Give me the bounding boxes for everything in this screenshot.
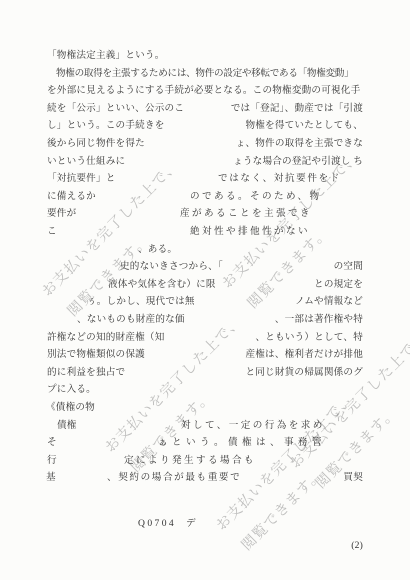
text-line: 史的ないきさつから、「の空間 [0,260,410,273]
text-segment: 後から同じ物件を得た [47,137,145,150]
text-segment: 「物権法定主義」という。 [47,49,165,62]
text-segment: ではなく、対抗要件をド [218,172,341,185]
text-line: 的に利益を独占でと同じ財貨の帰属関係のグ [0,366,410,379]
text-segment: そ [47,436,57,449]
text-line: 行定により発生する場合も [0,454,410,467]
text-segment: し」という。この手続きを [47,119,165,132]
text-segment: 的に利益を独占で [47,366,125,379]
text-segment: 対して、一定の行為を求め [181,419,325,432]
text-line: ぅ。しかし、現代では無ノムや情報など [0,295,410,308]
text-segment: との規定を [314,278,363,291]
text-segment: こ [47,225,57,238]
text-segment: デ [186,517,196,530]
text-segment: 別法で物権類似の保護 [47,348,145,361]
text-line: 別法で物権類似の保護産権は、権利者だけが排他 [0,348,410,361]
text-segment: (2) [351,539,363,552]
text-segment: の空間 [334,260,363,273]
text-segment: 、ともいう）として、特 [255,331,363,344]
text-segment: ぅ。しかし、現代では無 [87,295,195,308]
text-line: プに入る。 [0,383,410,396]
text-line: 液体や気体を含む）に限との規定を [0,278,410,291]
text-segment: 、ないものも財産的な価 [77,313,185,326]
text-line: 物権の取得を主張するためには、物件の設定や移転である「物権変動」 [0,67,410,80]
text-segment: 液体や気体を含む）に限 [108,278,216,291]
text-segment: 「対抗要件」と [47,172,116,185]
text-line: 、ある。 [0,243,410,256]
text-segment: 定により発生する場合も [124,454,256,467]
text-segment: と同じ財貨の帰属関係のグ [245,366,363,379]
text-line: 続を「公示」といい、公示のこでは「登記」、動産では「引渡 [0,102,410,115]
text-line: 債権対して、一定の行為を求め [0,419,410,432]
text-line: 「物権法定主義」という。 [0,49,410,62]
text-segment: 続を「公示」といい、公示のこ [47,102,184,115]
text-segment: ぁという。債権は、事務管 [158,436,326,449]
text-line: そぁという。債権は、事務管 [0,436,410,449]
text-segment: 許権などの知的財産権（知 [47,331,165,344]
text-segment: に備えるか [47,190,96,203]
text-segment: では「登記」、動産では「引渡 [231,102,363,115]
text-segment: プに入る。 [47,383,96,396]
text-segment: 産権は、権利者だけが排他 [245,348,363,361]
text-segment: 、契約の場合が最も重要で [107,471,241,484]
text-line: 許権などの知的財産権（知、ともいう）として、特 [0,331,410,344]
text-segment: 産があることを主張でき [180,207,312,220]
text-segment: いという仕組みに [47,155,125,168]
text-segment: ょうな場合の登記や引渡し ち [233,155,363,168]
text-segment: 、ある。 [138,243,177,256]
text-line: いという仕組みにょうな場合の登記や引渡し ち [0,155,410,168]
text-line: 「対抗要件」とではなく、対抗要件をド [0,172,410,185]
text-segment: を外部に見えるようにする手続が必要となる。この物権変動の可視化手 [47,84,360,97]
text-segment: 基 [46,471,56,484]
text-line: し」という。この手続きを物権を得ていたとしても、 [0,119,410,132]
text-line: 《債権の物 [0,401,410,414]
text-segment: 物権を得ていたとしても、 [245,119,363,132]
text-line: (2) [0,539,410,552]
text-segment: 、一部は著作権や特 [275,313,363,326]
text-segment: 行 [47,454,57,467]
text-segment: 史的ないきさつから、「 [120,260,223,273]
text-segment: 《債権の物 [46,401,95,414]
text-segment: 買契 [343,471,363,484]
document-page: お支払いを完了した上で、閲覧できます。お支払いを完了した上で、閲覧できます。お支… [0,0,410,580]
text-line: 後から同じ物件を得たょ、物件の取得を主張できな [0,137,410,150]
text-segment: のである。そのため、物 [190,190,322,203]
text-line: 、ないものも財産的な価、一部は著作権や特 [0,313,410,326]
text-segment: Q0704 [138,517,176,530]
text-segment: 要件が [47,207,76,220]
text-line: 基、契約の場合が最も重要で買契 [0,471,410,484]
text-line: Q0704デ [0,517,410,530]
text-segment: ょ、物件の取得を主張できな [236,137,363,150]
text-line: を外部に見えるようにする手続が必要となる。この物権変動の可視化手 [0,84,410,97]
text-segment: ノムや情報など [295,295,363,308]
text-line: に備えるかのである。そのため、物 [0,190,410,203]
text-line: 要件が産があることを主張でき [0,207,410,220]
text-segment: 債権 [57,419,77,432]
text-segment: 物権の取得を主張するためには、物件の設定や移転である「物権変動」 [56,67,353,80]
text-segment: 絶対性や排他性がない [190,225,310,238]
text-line: こ絶対性や排他性がない [0,225,410,238]
